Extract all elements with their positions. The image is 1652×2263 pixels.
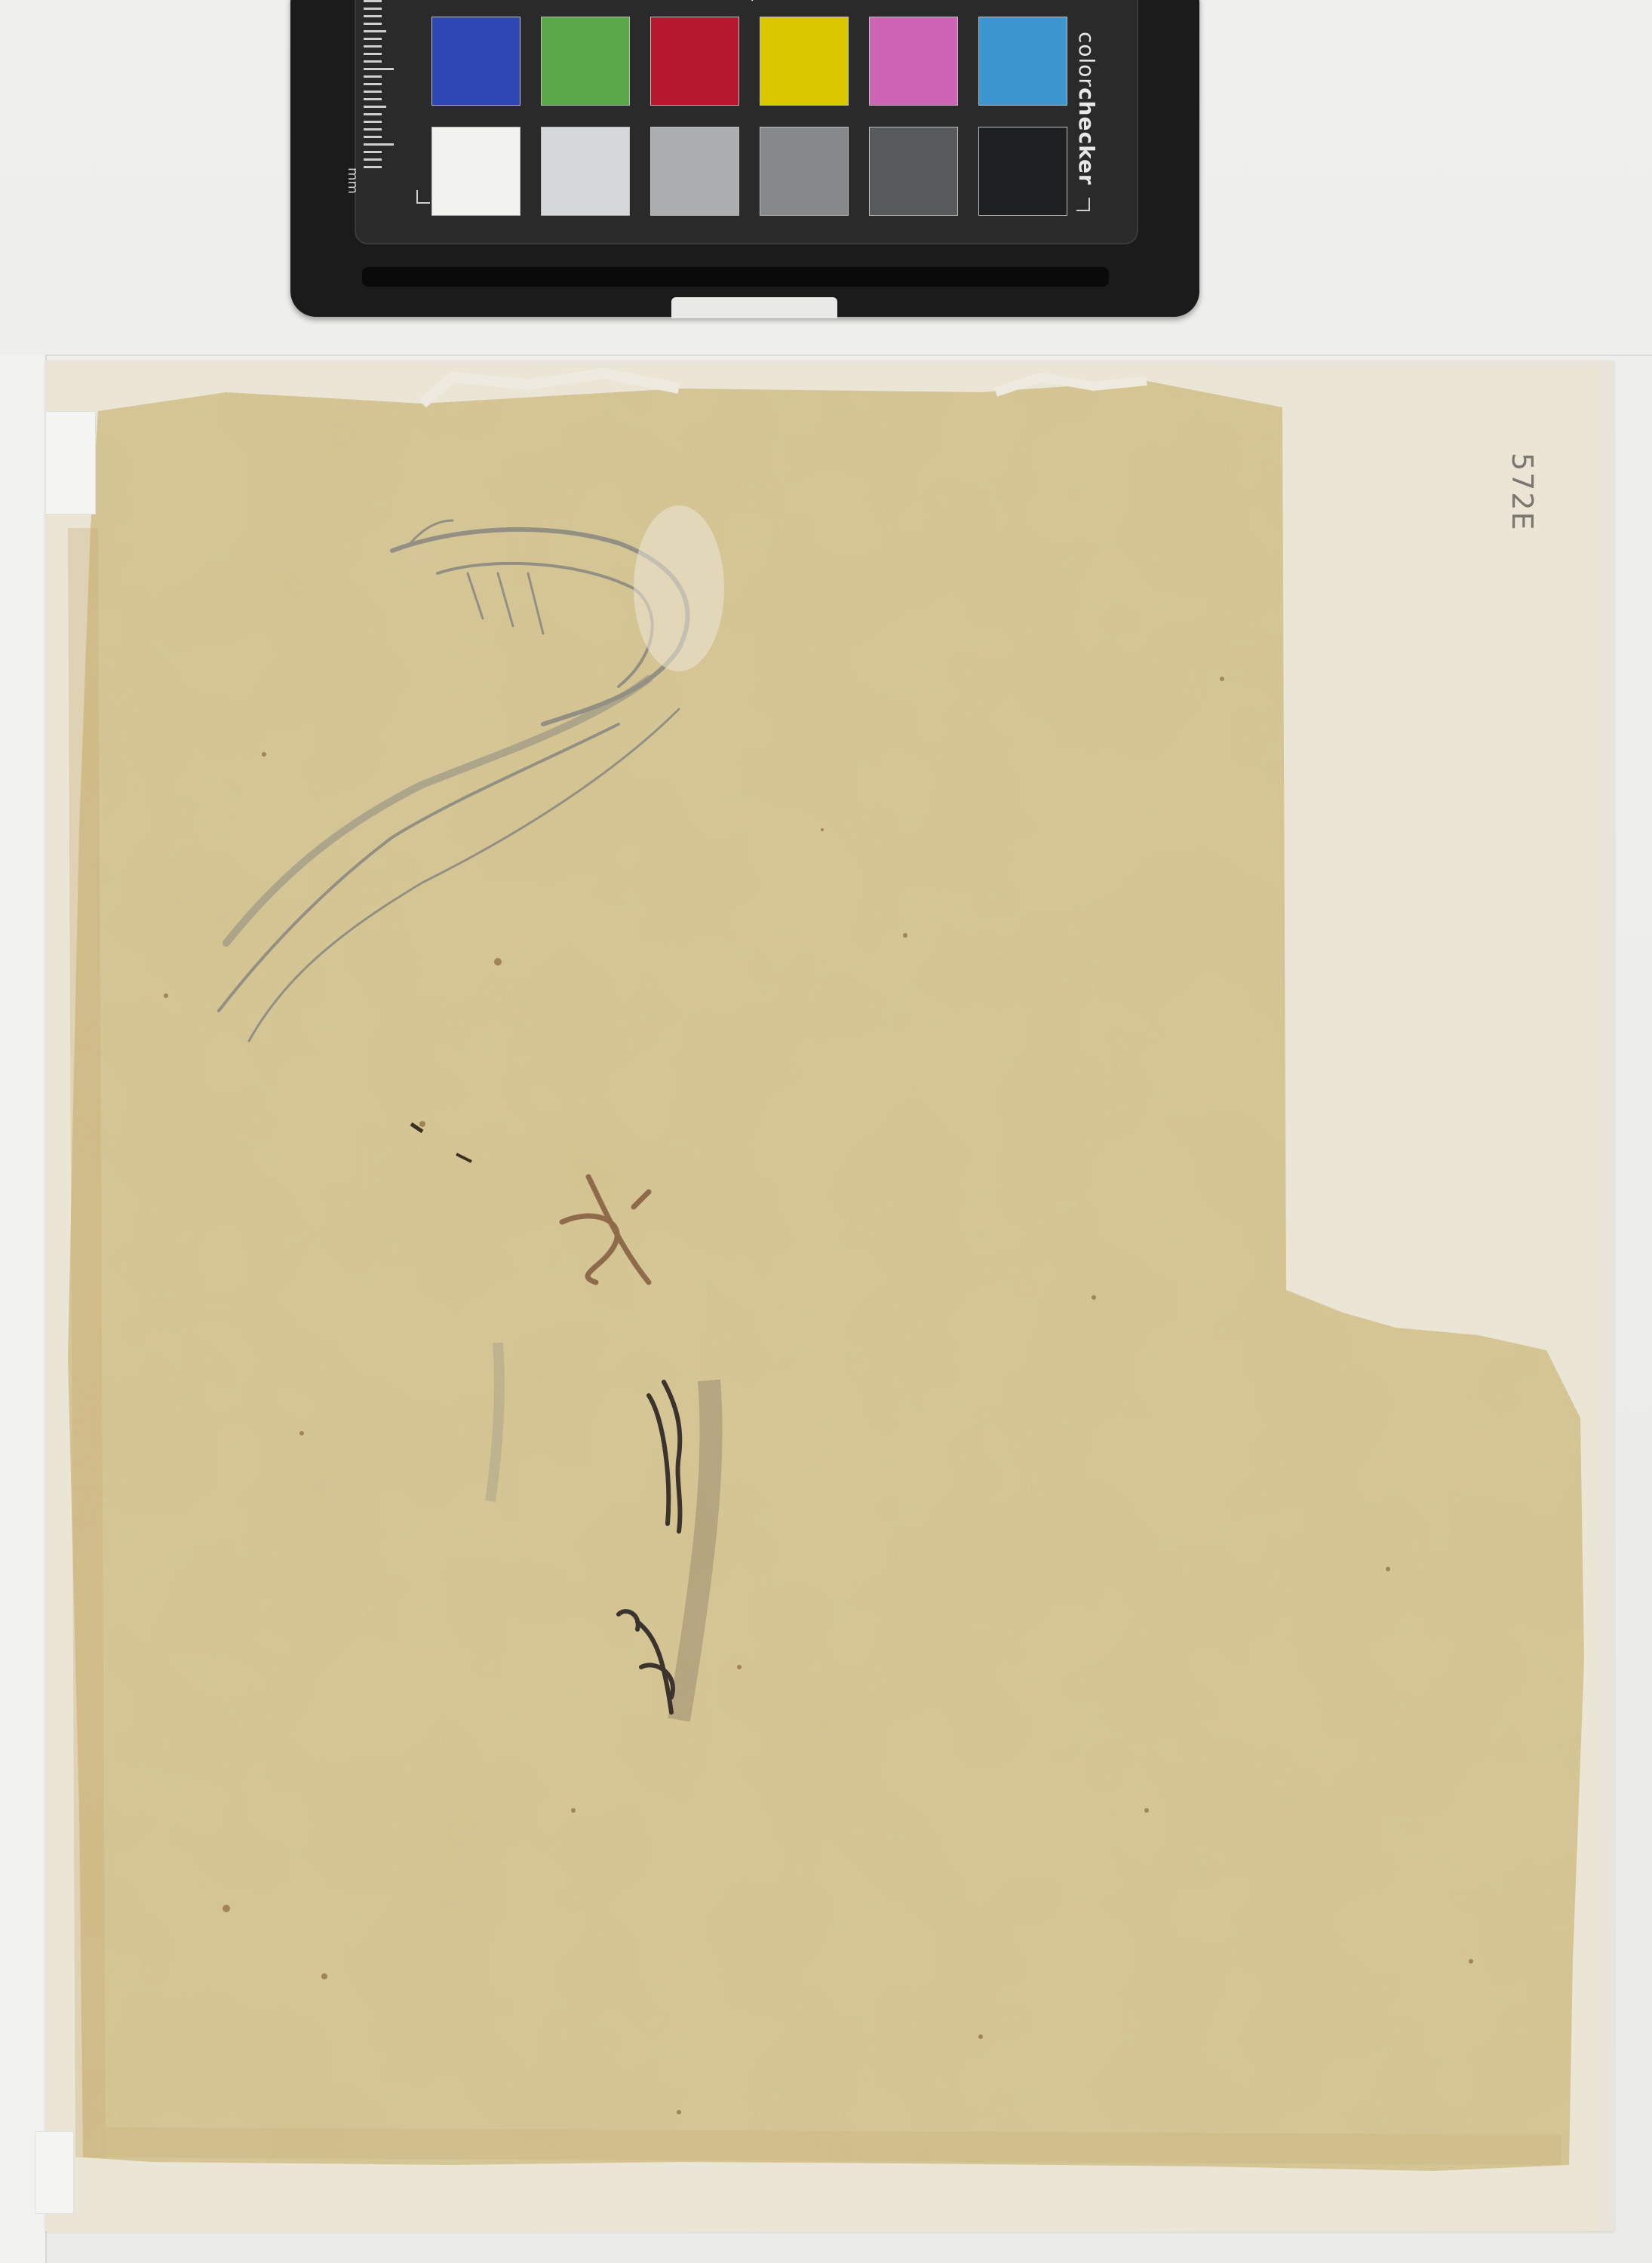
drawing-sheet bbox=[0, 0, 1652, 2263]
collector-number: 572E bbox=[1506, 453, 1539, 532]
hinge-tape-bottom-left bbox=[35, 2131, 74, 2214]
hinge-tape-top-left bbox=[45, 411, 96, 514]
